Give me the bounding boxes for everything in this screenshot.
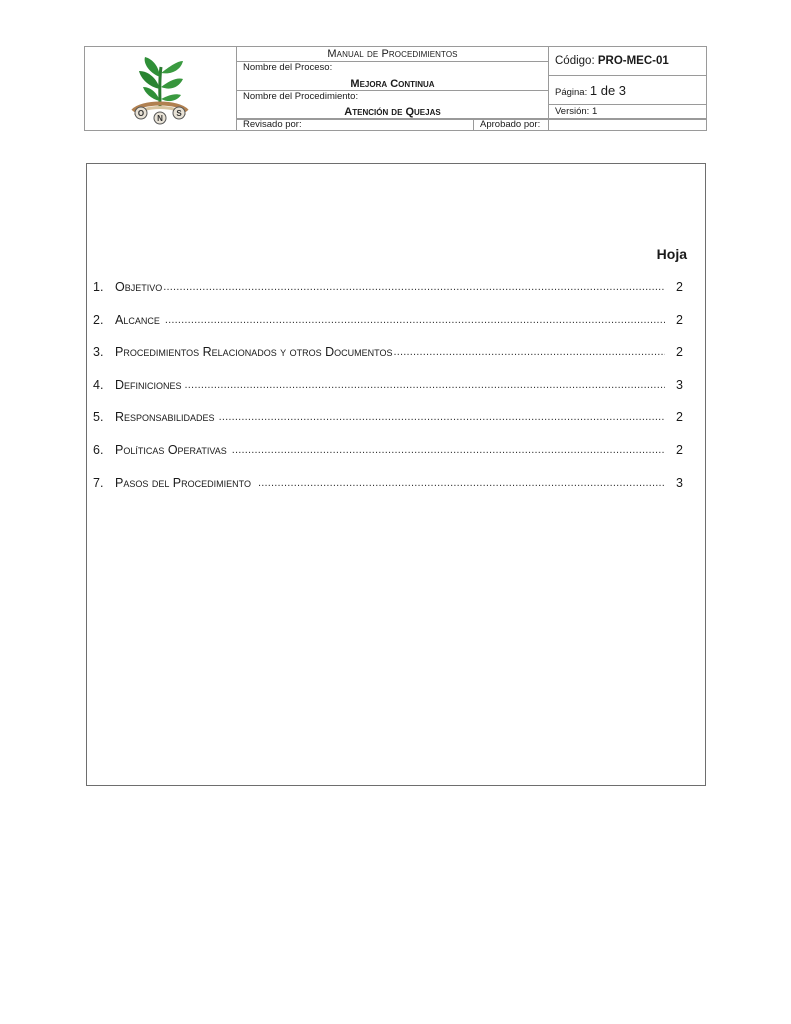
svg-text:S: S [176, 109, 182, 118]
code-value: PRO-MEC-01 [598, 55, 669, 67]
toc-item-title: Alcance [115, 311, 160, 329]
toc-leader-dots: ........................................… [393, 343, 665, 361]
page-label: Página: [555, 87, 587, 98]
toc-item-number: 7. [93, 474, 115, 492]
svg-text:O: O [138, 109, 144, 118]
toc-item-page: 2 [671, 278, 683, 296]
toc-leader-dots: ........................................… [219, 408, 665, 426]
toc-item-page: 3 [671, 376, 683, 394]
code-label: Código: [555, 55, 595, 67]
toc-leader-dots: ........................................… [163, 278, 665, 296]
toc-item[interactable]: 4. Definiciones ........................… [93, 376, 683, 409]
document-header-table: O N S Manual de Procedimientos Nombre de… [84, 46, 707, 131]
version-indicator: Versión: 1 [549, 105, 706, 119]
toc-leader-dots: ........................................… [258, 474, 665, 492]
process-value: Mejora Continua [237, 76, 548, 91]
toc-item[interactable]: 1. Objetivo ............................… [93, 278, 683, 311]
toc-leader-dots: ........................................… [232, 441, 665, 459]
page-indicator: Página: 1 de 3 [549, 76, 706, 105]
toc-item-page: 3 [671, 474, 683, 492]
approved-by-cell: Aprobado por: [473, 119, 706, 130]
toc-item-page: 2 [671, 311, 683, 329]
table-of-contents: 1. Objetivo ............................… [93, 278, 683, 506]
toc-item-number: 1. [93, 278, 115, 296]
divider [237, 119, 706, 120]
toc-item-number: 6. [93, 441, 115, 459]
toc-item[interactable]: 6. Políticas Operativas ................… [93, 441, 683, 474]
toc-item-title: Objetivo [115, 278, 162, 296]
toc-item-page: 2 [671, 441, 683, 459]
header-middle-column: Manual de Procedimientos Nombre del Proc… [237, 47, 549, 130]
toc-item[interactable]: 3. Procedimientos Relacionados y otros D… [93, 343, 683, 376]
toc-item-title: Procedimientos Relacionados y otros Docu… [115, 343, 392, 361]
toc-item-title: Definiciones [115, 376, 182, 394]
toc-item[interactable]: 7. Pasos del Procedimiento .............… [93, 474, 683, 507]
toc-item-title: Pasos del Procedimiento [115, 474, 251, 492]
procedure-value: Atención de Quejas [237, 105, 548, 119]
toc-item-number: 2. [93, 311, 115, 329]
toc-item-number: 5. [93, 408, 115, 426]
toc-item-title: Responsabilidades [115, 408, 215, 426]
header-right-column: Código: PRO-MEC-01 Página: 1 de 3 Versió… [549, 47, 706, 130]
manual-title: Manual de Procedimientos [237, 47, 548, 62]
toc-leader-dots: ........................................… [185, 376, 665, 394]
toc-item[interactable]: 5. Responsabilidades ...................… [93, 408, 683, 441]
process-label: Nombre del Proceso: [237, 62, 548, 76]
toc-item-number: 3. [93, 343, 115, 361]
version-value: 1 [592, 106, 597, 117]
toc-leader-dots: ........................................… [165, 311, 665, 329]
logo-cell: O N S [85, 47, 237, 130]
procedure-label: Nombre del Procedimiento: [237, 91, 548, 105]
version-label: Versión: [555, 106, 589, 117]
toc-item[interactable]: 2. Alcance .............................… [93, 311, 683, 344]
approved-by-label: Aprobado por: [480, 119, 540, 130]
ons-plant-logo-icon: O N S [125, 53, 195, 125]
toc-column-header: Hoja [657, 246, 687, 262]
toc-item-page: 2 [671, 343, 683, 361]
reviewed-by-label: Revisado por: [243, 119, 302, 130]
toc-item-page: 2 [671, 408, 683, 426]
toc-item-title: Políticas Operativas [115, 441, 227, 459]
table-of-contents-box: Hoja 1. Objetivo .......................… [86, 163, 706, 786]
svg-text:N: N [157, 114, 163, 123]
toc-item-number: 4. [93, 376, 115, 394]
document-code: Código: PRO-MEC-01 [549, 47, 706, 76]
page-value: 1 de 3 [590, 83, 626, 98]
